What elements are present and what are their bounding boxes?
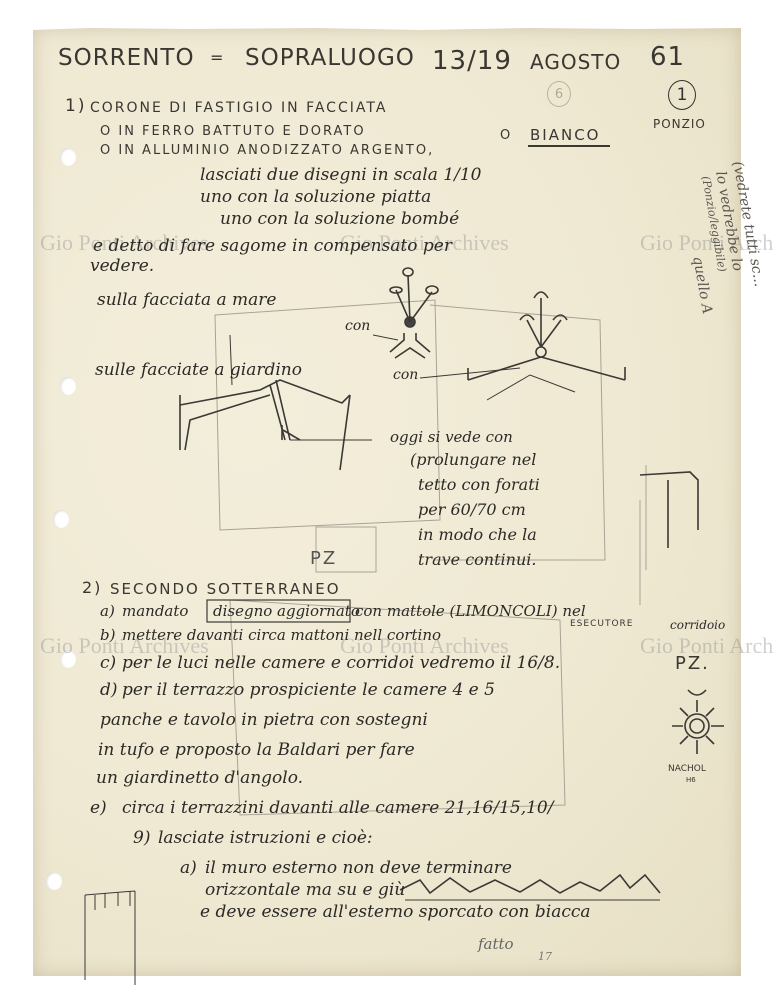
section9-line: orizzontale ma su e giù — [205, 880, 405, 900]
section2-item-a-tail: corridoio — [670, 618, 725, 632]
section1-line: uno con la soluzione bombé — [220, 209, 459, 229]
section2-item-a-above: ESECUTORE — [570, 619, 633, 629]
circled-number-text: 1 — [677, 85, 688, 105]
pz-initials: PZ — [310, 548, 337, 569]
section2-heading: SECONDO SOTTERRANEO — [110, 580, 341, 598]
section9-item-a-label: a) — [180, 858, 197, 878]
section1-line: lasciati due disegni in scala 1/10 — [200, 165, 481, 185]
today-note-line: per 60/70 cm — [418, 500, 526, 519]
section9-heading: lasciate istruzioni e cioè: — [158, 828, 373, 848]
section2-item-a-boxed: disegno aggiornato — [213, 602, 360, 620]
signature: fatto — [478, 935, 514, 953]
circled-page-number: 1 — [668, 80, 696, 110]
section1-alt-option: O — [500, 128, 512, 143]
today-note-line: tetto con forati — [418, 475, 540, 494]
lamp-sketch-sublabel: H6 — [686, 776, 696, 784]
header-separator: = — [210, 48, 224, 67]
section9-item-a-text: il muro esterno non deve terminare — [205, 858, 512, 878]
section2-item-e-text: circa i terrazzini davanti alle camere 2… — [122, 798, 553, 818]
lamp-sketch-label: NACHOL — [668, 764, 706, 774]
section2-item-a-rest: con mattole (LIMONCOLI) nel — [355, 602, 586, 620]
page-number: 17 — [538, 950, 552, 963]
faint-circled-number: 6 — [547, 81, 571, 107]
section1-line: e detto di fare sagome in compensato per — [93, 236, 452, 256]
section2-line: un giardinetto d'angolo. — [96, 768, 303, 788]
today-note-line: (prolungare nel — [410, 450, 536, 469]
section1-line: vedere. — [90, 256, 154, 276]
sketch-label-sea-facade: sulla facciata a mare — [97, 290, 276, 310]
section2-line: in tufo e proposto la Baldari per fare — [98, 740, 415, 760]
today-note-line: trave continui. — [418, 550, 536, 569]
section1-option: O IN FERRO BATTUTO E DORATO — [100, 124, 366, 139]
header-dates: 13/19 — [432, 46, 512, 76]
section2-item-d-text: per il terrazzo prospiciente le camere 4… — [122, 680, 495, 700]
today-note-line: oggi si vede con — [390, 428, 513, 446]
section1-heading: CORONE DI FASTIGIO IN FACCIATA — [90, 100, 387, 116]
section2-item-a-text: mandato — [122, 602, 188, 620]
sketch-label-with: con — [393, 367, 418, 383]
section1-number: 1) — [65, 96, 86, 116]
section2-line: panche e tavolo in pietra con sostegni — [100, 710, 428, 730]
today-note-line: in modo che la — [418, 525, 537, 544]
section2-item-a-label: a) — [100, 602, 115, 620]
sketch-label-with: con — [345, 318, 370, 334]
section2-item-c-text: per le luci nelle camere e corridoi vedr… — [122, 653, 560, 673]
sketch-label-garden-facade: sulle facciate a giardino — [95, 360, 302, 380]
section2-item-c-label: c) — [100, 653, 116, 673]
section1-option: O IN ALLUMINIO ANODIZZATO ARGENTO, — [100, 143, 434, 158]
section2-number: 2) — [82, 578, 102, 597]
header-month: AGOSTO — [530, 50, 621, 74]
author-name: PONZIO — [653, 117, 706, 131]
section2-item-c-initials: PZ. — [675, 653, 710, 674]
faint-number-text: 6 — [555, 87, 563, 102]
section2-item-b-text: mettere davanti circa mattoni nell corti… — [122, 626, 441, 644]
section1-line: uno con la soluzione piatta — [200, 187, 431, 207]
header-subject: SOPRALUOGO — [245, 45, 415, 71]
section2-item-d-label: d) — [100, 680, 118, 700]
section9-line: e deve essere all'esterno sporcato con b… — [200, 902, 591, 922]
section1-alt-option-word: BIANCO — [530, 126, 600, 144]
header-place: SORRENTO — [58, 45, 195, 71]
section9-number: 9) — [133, 828, 150, 848]
section2-item-e-label: e) — [90, 798, 107, 818]
header-year: 61 — [650, 42, 685, 72]
section2-item-b-label: b) — [100, 626, 115, 644]
